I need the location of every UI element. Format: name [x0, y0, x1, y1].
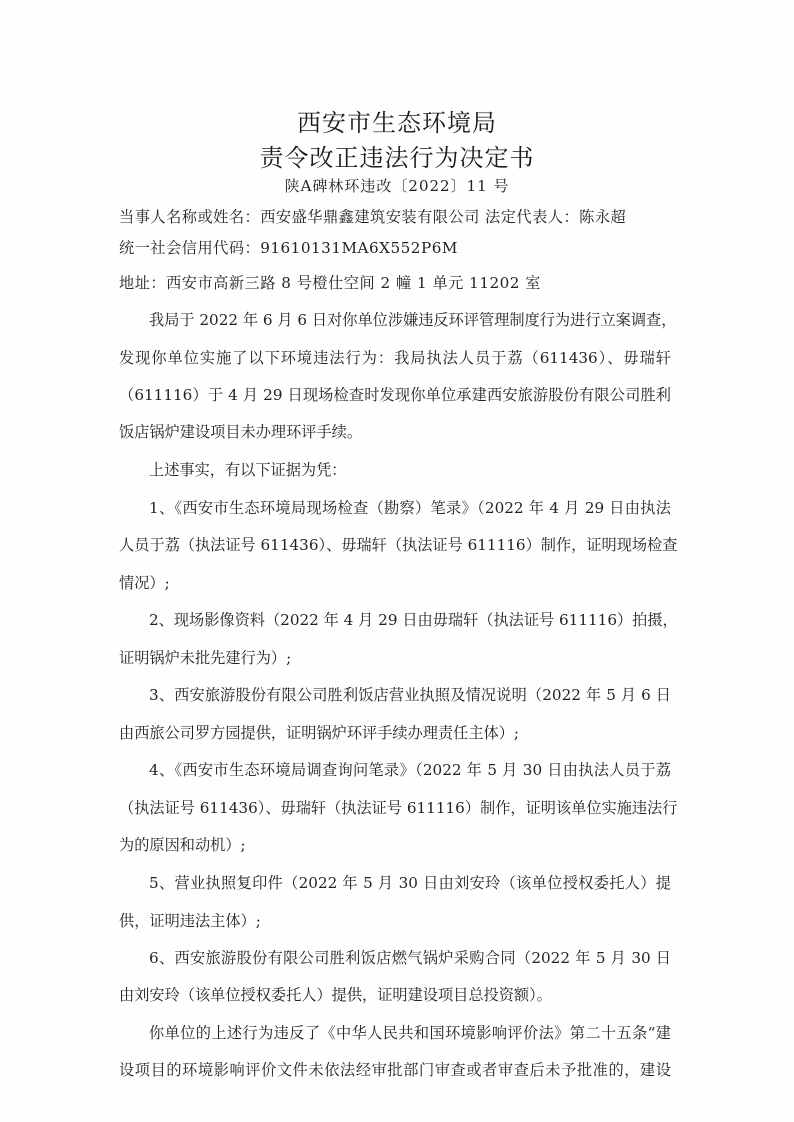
body-line: 为的原因和动机）; — [119, 835, 671, 855]
body-line: 饭店锅炉建设项目未办理环评手续。 — [119, 422, 671, 442]
body-line: 供，证明违法主体）; — [119, 911, 671, 931]
document-title: 责令改正违法行为决定书 — [0, 138, 794, 173]
body-line: （执法证号 611436）、毋瑞轩（执法证号 611116）制作，证明该单位实施… — [119, 798, 671, 818]
body-line: 上述事实，有以下证据为凭： — [149, 460, 671, 480]
evidence-item: 1、《西安市生态环境局现场检查（勘察）笔录》（2022 年 4 月 29 日由执… — [149, 498, 671, 518]
body-line: 我局于 2022 年 6 月 6 日对你单位涉嫌违反环评管理制度行为进行立案调查… — [149, 310, 671, 330]
credit-code: 统一社会信用代码：91610131MA6X552P6M — [119, 238, 671, 258]
body-line: 发现你单位实施了以下环境违法行为：我局执法人员于荔（611436）、毋瑞轩 — [119, 348, 671, 368]
body-line: 设项目的环境影响评价文件未依法经审批部门审查或者审查后未予批准的，建设 — [119, 1060, 671, 1080]
agency-title: 西安市生态环境局 — [0, 103, 794, 138]
evidence-item: 4、《西安市生态环境局调查询问笔录》（2022 年 5 月 30 日由执法人员于… — [149, 760, 671, 780]
document-page: 西安市生态环境局 责令改正违法行为决定书 陕A碑林环违改〔2022〕11 号 当… — [0, 0, 794, 1122]
body-line: 人员于荔（执法证号 611436）、毋瑞轩（执法证号 611116）制作，证明现… — [119, 535, 671, 555]
document-number: 陕A碑林环违改〔2022〕11 号 — [0, 175, 794, 196]
body-line: 由刘安玲（该单位授权委托人）提供，证明建设项目总投资额）。 — [119, 985, 671, 1005]
evidence-item: 5、营业执照复印件（2022 年 5 月 30 日由刘安玲（该单位授权委托人）提 — [149, 873, 671, 893]
legal-representative: 法定代表人：陈永超 — [485, 207, 626, 227]
body-line: 你单位的上述行为违反了《中华人民共和国环境影响评价法》第二十五条“建 — [149, 1023, 671, 1043]
body-line: 由西旅公司罗方园提供，证明锅炉环评手续办理责任主体）; — [119, 723, 671, 743]
address: 地址：西安市高新三路 8 号橙仕空间 2 幢 1 单元 11202 室 — [119, 273, 671, 293]
body-line: 情况）; — [119, 573, 671, 593]
evidence-item: 3、西安旅游股份有限公司胜利饭店营业执照及情况说明（2022 年 5 月 6 日 — [149, 685, 671, 705]
body-line: （611116）于 4 月 29 日现场检查时发现你单位承建西安旅游股份有限公司… — [119, 385, 671, 405]
body-line: 证明锅炉未批先建行为）; — [119, 648, 671, 668]
evidence-item: 6、西安旅游股份有限公司胜利饭店燃气锅炉采购合同（2022 年 5 月 30 日 — [149, 948, 671, 968]
evidence-item: 2、现场影像资料（2022 年 4 月 29 日由毋瑞轩（执法证号 611116… — [149, 610, 671, 630]
